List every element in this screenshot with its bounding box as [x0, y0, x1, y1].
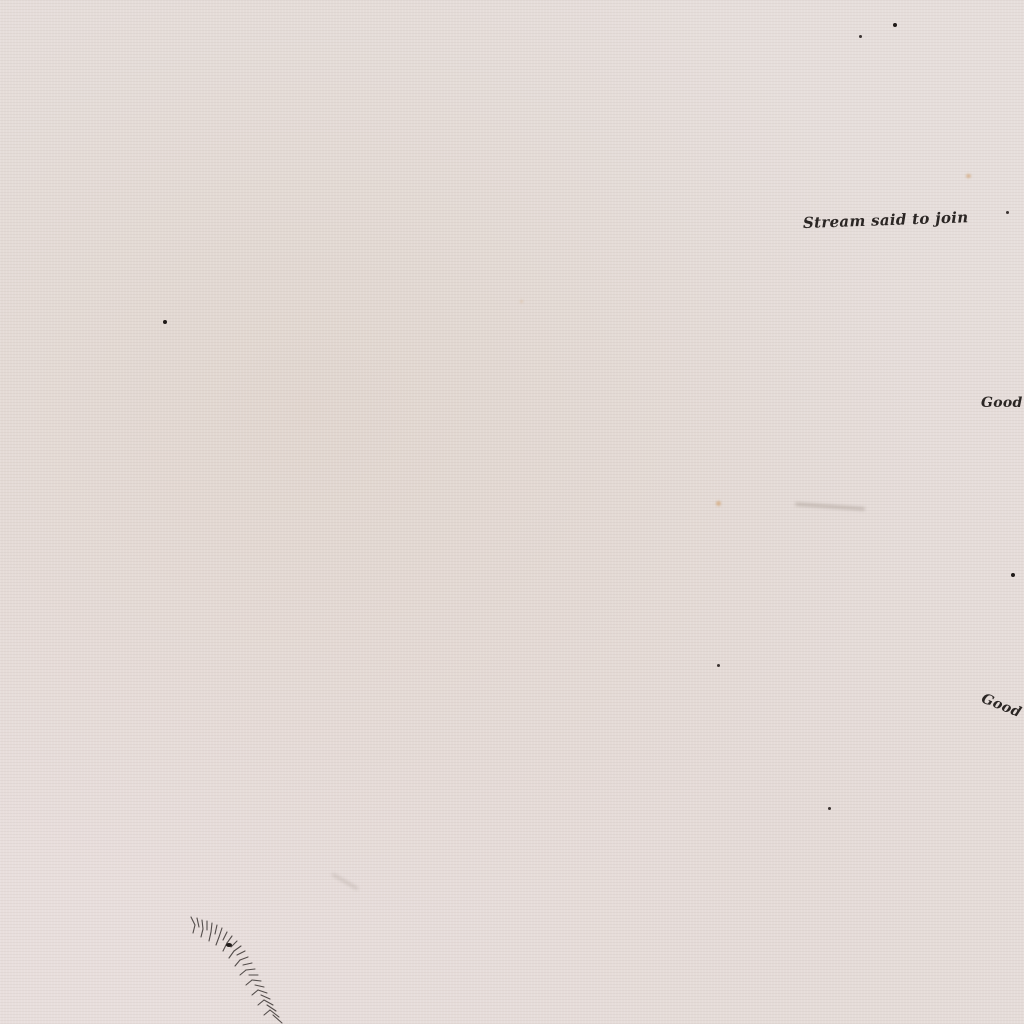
foxing-spot [966, 174, 971, 178]
ink-dot-marker [893, 23, 897, 27]
ink-dot-marker [859, 35, 862, 38]
ink-dot-marker [717, 664, 720, 667]
hill-hachure-ridge-icon [185, 915, 335, 1024]
foxing-spot [716, 501, 721, 506]
ink-dot-marker [1011, 573, 1015, 577]
ink-dot-marker [828, 807, 831, 810]
ink-dot-marker [1006, 211, 1009, 214]
foxing-spot [520, 300, 523, 303]
map-paper-background [0, 0, 1024, 1024]
map-label-good-upper: Good [981, 395, 1023, 411]
ink-dot-marker [163, 320, 167, 324]
